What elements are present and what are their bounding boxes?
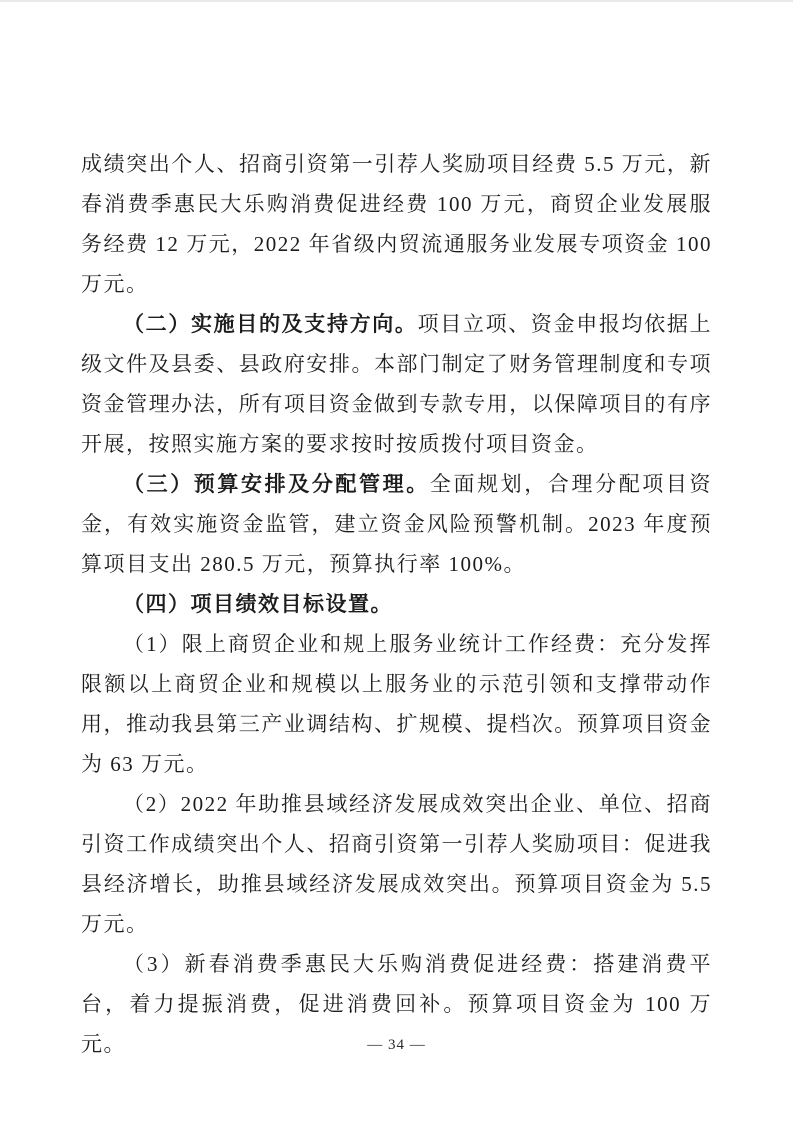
paragraph-section-4: （四）项目绩效目标设置。 bbox=[81, 584, 712, 624]
section-2-heading: （二）实施目的及支持方向。 bbox=[123, 312, 418, 336]
paragraph-section-3: （三）预算安排及分配管理。全面规划，合理分配项目资金，有效实施资金监管，建立资金… bbox=[81, 464, 712, 584]
paragraph-text: 成绩突出个人、招商引资第一引荐人奖励项目经费 5.5 万元，新春消费季惠民大乐购… bbox=[81, 152, 712, 296]
document-page: 成绩突出个人、招商引资第一引荐人奖励项目经费 5.5 万元，新春消费季惠民大乐购… bbox=[0, 0, 793, 1122]
paragraph-continuation: 成绩突出个人、招商引资第一引荐人奖励项目经费 5.5 万元，新春消费季惠民大乐购… bbox=[81, 144, 712, 304]
paragraph-text: （1）限上商贸企业和规上服务业统计工作经费：充分发挥限额以上商贸企业和规模以上服… bbox=[81, 632, 712, 776]
page-number: — 34 — bbox=[0, 1037, 793, 1054]
paragraph-item-1: （1）限上商贸企业和规上服务业统计工作经费：充分发挥限额以上商贸企业和规模以上服… bbox=[81, 624, 712, 784]
paragraph-text: （2）2022 年助推县域经济发展成效突出企业、单位、招商引资工作成绩突出个人、… bbox=[81, 792, 712, 936]
paragraph-item-2: （2）2022 年助推县域经济发展成效突出企业、单位、招商引资工作成绩突出个人、… bbox=[81, 784, 712, 944]
section-3-heading: （三）预算安排及分配管理。 bbox=[123, 472, 430, 496]
paragraph-section-2: （二）实施目的及支持方向。项目立项、资金申报均依据上级文件及县委、县政府安排。本… bbox=[81, 304, 712, 464]
document-body: 成绩突出个人、招商引资第一引荐人奖励项目经费 5.5 万元，新春消费季惠民大乐购… bbox=[81, 144, 712, 1064]
section-4-heading: （四）项目绩效目标设置。 bbox=[123, 592, 393, 616]
